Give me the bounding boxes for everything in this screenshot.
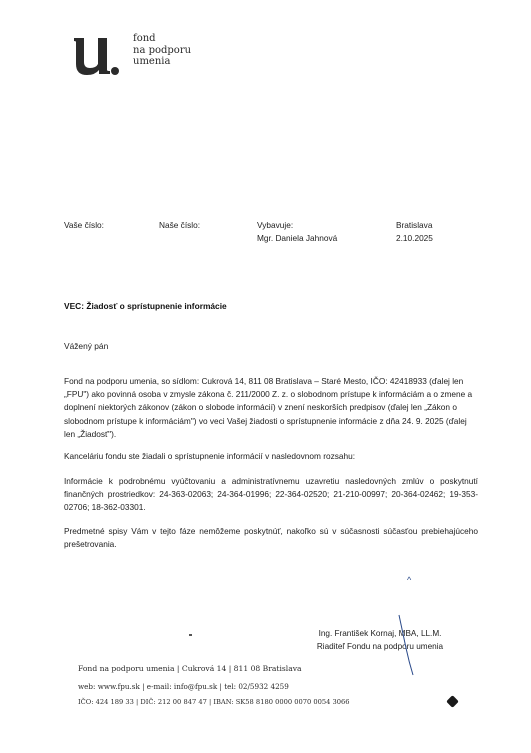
place-date: Bratislava 2.10.2025	[396, 219, 433, 244]
date: 2.10.2025	[396, 232, 433, 245]
handled-by: Vybavuje: Mgr. Daniela Jahnová	[257, 219, 337, 244]
your-number-label: Vaše číslo:	[64, 219, 104, 232]
signature-mark: ^	[407, 575, 411, 585]
handled-by-name: Mgr. Daniela Jahnová	[257, 232, 337, 245]
paragraph-request: Kanceláriu fondu ste žiadali o sprístupn…	[64, 450, 478, 463]
signatory-name: Ing. František Kornaj, MBA, LL.M.	[296, 627, 464, 640]
logo-line: na podporu	[133, 45, 191, 57]
fpu-logo-mark	[72, 30, 120, 76]
diamond-icon	[446, 695, 459, 708]
logo-line: fond	[133, 33, 191, 45]
signatory-title: Riaditeľ Fondu na podporu umenia	[296, 640, 464, 653]
handled-by-label: Vybavuje:	[257, 219, 337, 232]
signature-stroke	[395, 614, 415, 676]
footer-ids: IČO: 424 189 33 | DIČ: 212 00 847 47 | I…	[78, 698, 350, 706]
signature-block: Ing. František Kornaj, MBA, LL.M. Riadit…	[296, 627, 464, 653]
fpu-logo-text: fond na podporu umenia	[133, 33, 191, 68]
paragraph-decision: Predmetné spisy Vám v tejto fáze nemôžem…	[64, 525, 478, 551]
place: Bratislava	[396, 219, 433, 232]
footer-contact: web: www.fpu.sk | e-mail: info@fpu.sk | …	[78, 682, 289, 691]
scan-dot	[189, 634, 192, 636]
salutation: Vážený pán	[64, 341, 108, 351]
letter-subject: VEC: Žiadosť o sprístupnenie informácie	[64, 301, 227, 311]
paragraph-contracts: Informácie k podrobnému vyúčtovaniu a ad…	[64, 475, 478, 515]
logo-line: umenia	[133, 56, 191, 68]
paragraph-intro: Fond na podporu umenia, so sídlom: Cukro…	[64, 375, 478, 441]
footer-address: Fond na podporu umenia | Cukrová 14 | 81…	[78, 664, 302, 673]
our-number-label: Naše číslo:	[159, 219, 200, 232]
